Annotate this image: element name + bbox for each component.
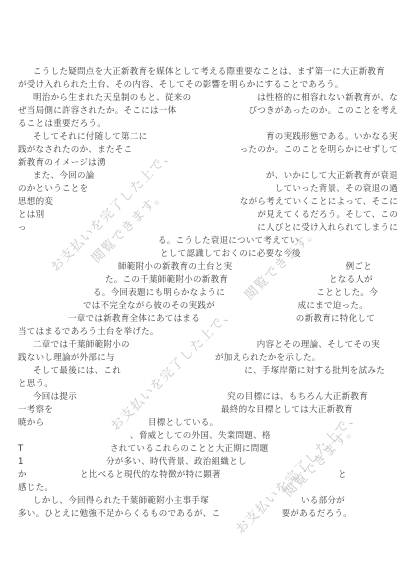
- text-segment: が見えてくるだろう。そして、この: [257, 209, 398, 221]
- text-segment: に、手塚岸衛に対する批判を試みた: [244, 365, 385, 377]
- text-segment: していった背景、その衰退の過: [275, 183, 398, 195]
- text-segment: 践ないし理論が外部に与: [18, 352, 115, 364]
- text-line: が受け入れられた土台、その内容、そしてその影響を明らかにすることであろう。: [18, 79, 398, 91]
- text-segment: ぜ当局側に許容されたか。そこには一体: [18, 105, 176, 117]
- text-line: 、脅威としての外国、失業問題、格: [18, 430, 398, 442]
- text-line: また、今回の論が、いかにして大正新教育が衰退: [18, 170, 398, 182]
- document-text-layer: こうした疑問点を大正新教育を媒体として考える際重要なことは、まず第一に大正新教育…: [0, 0, 410, 580]
- text-segment: とは別: [18, 209, 44, 221]
- text-segment: 要があるだろう。: [282, 508, 352, 520]
- text-segment: 目標としている。: [148, 417, 218, 429]
- text-segment: 最終的な目標としては大正新教育: [221, 404, 353, 416]
- text-line: っに人びとに受け入れられてしまうに: [18, 222, 398, 234]
- text-segment: として認識しておくのに必要な今後: [160, 248, 301, 260]
- text-segment: 例ごと: [346, 261, 372, 273]
- text-segment: 多い。ひとえに勉強不足からくるものであるが、こ: [18, 508, 220, 520]
- text-segment: 新教育のイメージは湧: [18, 157, 106, 169]
- text-line: 師範附小の新教育の土台と実例ごと: [18, 261, 398, 273]
- text-segment: 思想的変: [18, 196, 53, 208]
- text-segment: 育の実践形態である。いかなる実: [266, 131, 398, 143]
- text-line: 一章では新教育全体にあてはまるの新教育に特化して: [18, 313, 398, 325]
- text-segment: 当てはまるであろう土台を挙げた。: [18, 326, 159, 338]
- text-line: 1分が多い、時代背景、政治組織とし: [18, 456, 398, 468]
- text-line: る。こうした衰退について考えてい: [18, 235, 398, 247]
- text-line: 践ないし理論が外部に与が加えられたかを示した。: [18, 352, 398, 364]
- text-segment: と比べると現代的な特徴が特に顕著: [80, 469, 221, 481]
- text-segment: そしてそれに付随して第二に: [33, 131, 147, 143]
- text-segment: されているこれらのことと大正期に問題: [110, 443, 268, 455]
- text-segment: 一考察を: [18, 404, 53, 416]
- text-line: こうした疑問点を大正新教育を媒体として考える際重要なことは、まず第一に大正新教育: [18, 66, 398, 78]
- text-segment: に人びとに受け入れられてしまうに: [257, 222, 398, 234]
- text-line: 二章では千葉師範附小の内容とその理論、そしてその実: [18, 339, 398, 351]
- text-segment: 二章では千葉師範附小の: [33, 339, 130, 351]
- text-line: として認識しておくのに必要な今後: [18, 248, 398, 260]
- text-line: ることは重要だろう。: [18, 118, 398, 130]
- text-segment: 究の目標には、もちろん大正新教育: [227, 391, 368, 403]
- text-segment: ったのか。このことを明らかにせずして: [240, 144, 398, 156]
- text-segment: こととした。今: [316, 287, 378, 299]
- text-line: しかし、今回得られた千葉師範附小主事手塚いる部分が: [18, 495, 398, 507]
- text-segment: る。今回表題にも明らかなように: [93, 287, 225, 299]
- text-segment: 、脅威としての外国、失業問題、格: [130, 430, 271, 442]
- text-line: とは別が見えてくるだろう。そして、この: [18, 209, 398, 221]
- text-line: 明治から生まれた天皇制のもと、従来のは性格的に相容れない新教育が、な: [18, 92, 398, 104]
- text-segment: 分が多い、時代背景、政治組織とし: [106, 456, 247, 468]
- text-line: 今回は提示究の目標には、もちろん大正新教育: [18, 391, 398, 403]
- text-segment: の新教育に特化して: [296, 313, 375, 325]
- text-segment: のかということを: [18, 183, 88, 195]
- document-page: こうした疑問点を大正新教育を媒体として考える際重要なことは、まず第一に大正新教育…: [0, 0, 410, 580]
- text-segment: る。こうした衰退について考えてい: [158, 235, 299, 247]
- text-line: 感じた。: [18, 482, 398, 494]
- text-segment: 暁から: [18, 417, 44, 429]
- text-segment: と思う。: [18, 378, 53, 390]
- text-segment: ることは重要だろう。: [18, 118, 106, 130]
- text-line: のかということをしていった背景、その衰退の過: [18, 183, 398, 195]
- text-line: そしてそれに付随して第二に育の実践形態である。いかなる実: [18, 131, 398, 143]
- text-segment: いる部分が: [301, 495, 345, 507]
- text-line: 暁から目標としている。: [18, 417, 398, 429]
- text-line: 新教育のイメージは湧: [18, 157, 398, 169]
- text-line: 一考察を最終的な目標としては大正新教育: [18, 404, 398, 416]
- text-line: では不完全ながら彼のその実践が成にまで迫った。: [18, 300, 398, 312]
- text-segment: が受け入れられた土台、その内容、そしてその影響を明らかにすることであろう。: [18, 79, 344, 91]
- text-line: 思想的変ながら考えていくことによって、そこに: [18, 196, 398, 208]
- text-segment: 感じた。: [18, 482, 53, 494]
- text-segment: となる人が: [329, 274, 373, 286]
- text-segment: 師範附小の新教育の土台と実: [118, 261, 232, 273]
- text-segment: 一章では新教育全体にあてはまる: [68, 313, 200, 325]
- text-line: Tされているこれらのことと大正期に問題: [18, 443, 398, 455]
- text-line: と思う。: [18, 378, 398, 390]
- text-line: そして最後には、これに、手塚岸衛に対する批判を試みた: [18, 365, 398, 377]
- text-segment: 内容とその理論、そしてその実: [257, 339, 380, 351]
- text-segment: そして最後には、これ: [33, 365, 121, 377]
- text-line: かと比べると現代的な特徴が特に顕著と: [18, 469, 398, 481]
- text-segment: と: [338, 469, 347, 481]
- text-segment: では不完全ながら彼のその実践が: [83, 300, 215, 312]
- text-segment: また、今回の論: [33, 170, 95, 182]
- text-segment: っ: [18, 222, 27, 234]
- text-segment: しかし、今回得られた千葉師範附小主事手塚: [33, 495, 209, 507]
- text-segment: が、いかにして大正新教育が衰退: [266, 170, 398, 182]
- text-segment: 明治から生まれた天皇制のもと、従来の: [33, 92, 191, 104]
- text-segment: 今回は提示: [33, 391, 77, 403]
- text-line: 多い。ひとえに勉強不足からくるものであるが、こ要があるだろう。: [18, 508, 398, 520]
- text-segment: びつきがあったのか。このことを考え: [248, 105, 398, 117]
- text-segment: が加えられたかを示した。: [215, 352, 321, 364]
- text-segment: ながら考えていくことによって、そこに: [240, 196, 398, 208]
- text-line: 当てはまるであろう土台を挙げた。: [18, 326, 398, 338]
- text-line: た。この千葉師範附小の新教育となる人が: [18, 274, 398, 286]
- text-segment: た。この千葉師範附小の新教育: [105, 274, 228, 286]
- text-segment: T: [18, 443, 24, 455]
- text-segment: こうした疑問点を大正新教育を媒体として考える際重要なことは、まず第一に大正新教育: [33, 66, 385, 78]
- text-segment: か: [18, 469, 27, 481]
- text-line: る。今回表題にも明らかなようにこととした。今: [18, 287, 398, 299]
- text-segment: は性格的に相容れない新教育が、な: [257, 92, 398, 104]
- text-segment: 践がなされたのか、またそこ: [18, 144, 132, 156]
- text-line: ぜ当局側に許容されたか。そこには一体びつきがあったのか。このことを考え: [18, 105, 398, 117]
- text-segment: 1: [18, 456, 24, 468]
- text-line: 践がなされたのか、またそこったのか。このことを明らかにせずして: [18, 144, 398, 156]
- text-segment: 成にまで迫った。: [298, 300, 368, 312]
